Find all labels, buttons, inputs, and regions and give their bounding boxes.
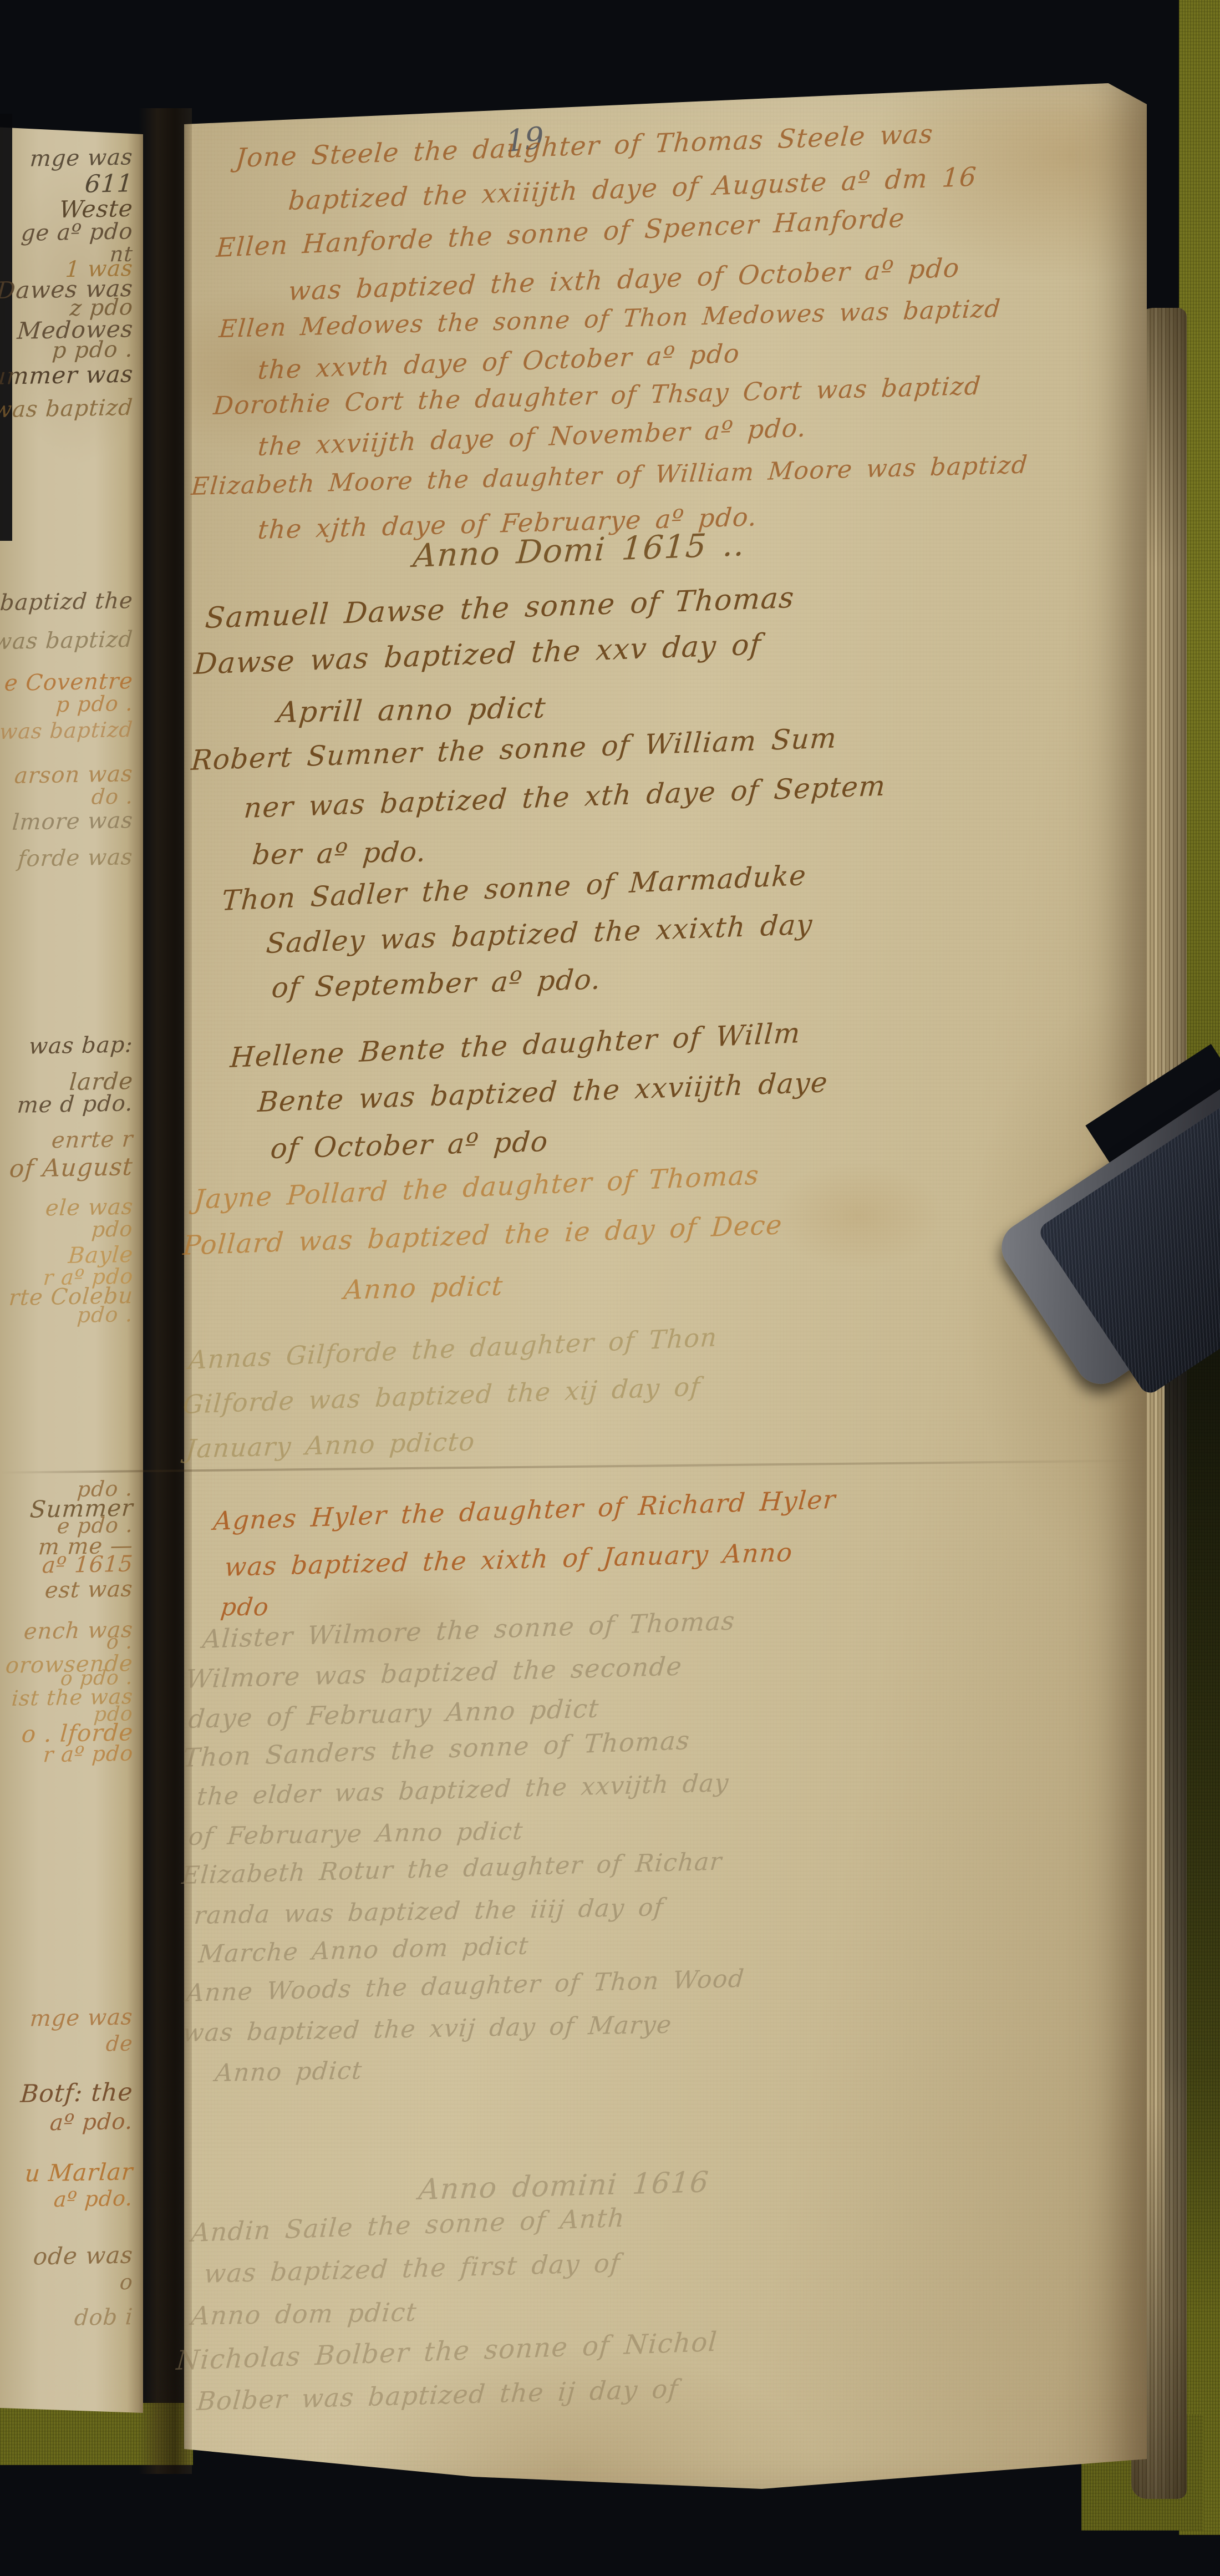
- entry-line: pdo: [219, 1593, 271, 1621]
- entry-line: Andin Saile the sonne of Anth: [190, 2203, 626, 2248]
- entry-line: Anno pdict: [214, 2056, 364, 2087]
- entry-line: randa was baptized the iiij day of: [193, 1893, 665, 1930]
- entry-line: of Februarye Anno pdict: [187, 1817, 525, 1851]
- entry-line: Jone Steele the daughter of Thomas Steel…: [235, 119, 934, 174]
- entry-line: of October aº pdo: [270, 1125, 550, 1165]
- entry-line: Hellene Bente the daughter of Willm: [229, 1017, 802, 1074]
- entry-line: ber aº pdo.: [251, 835, 428, 871]
- entry-line: was baptized the first day of: [203, 2248, 622, 2289]
- entry-line: Bente was baptized the xxviijth daye: [257, 1066, 829, 1118]
- entry-line: Anno dom pdict: [190, 2297, 419, 2331]
- entry-line: was baptized the xixth of January Anno: [223, 1537, 794, 1582]
- entry-line: Bolber was baptized the ij day of: [196, 2374, 680, 2416]
- entry-line: of September aº pdo.: [271, 963, 603, 1004]
- entry-line: Gilforde was baptized the xij day of: [182, 1371, 701, 1419]
- entry-line: Wilmore was baptized the seconde: [185, 1651, 684, 1694]
- entry-line: Dawse was baptized the xxv day of: [193, 628, 762, 681]
- entry-line: Anno domini 1616: [418, 2166, 710, 2207]
- entry-line: Marche Anno dom pdict: [197, 1931, 530, 1969]
- entry-line: Samuell Dawse the sonne of Thomas: [204, 581, 796, 635]
- entry-line: ner was baptized the xth daye of Septem: [243, 769, 887, 824]
- entry-line: Robert Sumner the sonne of William Sum: [190, 722, 838, 777]
- entry-line: Aprill anno pdict: [276, 691, 547, 729]
- entry-line: Agnes Hyler the daughter of Richard Hyle…: [212, 1484, 837, 1536]
- entry-line: was baptized the xvij day of Marye: [182, 2011, 673, 2047]
- entry-line: Sadley was baptized the xxixth day: [265, 908, 814, 960]
- entry-line: Anno pdict: [343, 1270, 505, 1306]
- entry-line: Jayne Pollard the daughter of Thomas: [193, 1159, 760, 1215]
- entry-line: the elder was baptized the xxvijth day: [196, 1769, 730, 1811]
- entry-line: Anne Woods the daughter of Thon Wood: [185, 1965, 746, 2007]
- entry-line: January Anno pdicto: [185, 1426, 476, 1464]
- entry-line: Elizabeth Rotur the daughter of Richar: [181, 1847, 723, 1890]
- parish-register-photograph: 19 mge was611Westege aº pdont1 wasDawes …: [0, 0, 1220, 2576]
- entry-line: the xxviijth daye of November aº pdo.: [257, 412, 807, 462]
- entry-line: Annas Gilforde the daughter of Thon: [187, 1322, 718, 1375]
- entry-line: Alister Wilmore the sonne of Thomas: [201, 1605, 736, 1654]
- entry-line: Pollard was baptized the ie day of Dece: [182, 1209, 784, 1261]
- entry-line: daye of February Anno pdict: [187, 1693, 601, 1735]
- entry-line: the xxvth daye of October aº pdo: [257, 338, 741, 386]
- entry-line: Nicholas Bolber the sonne of Nichol: [175, 2326, 719, 2376]
- entry-line: Thon Sanders the sonne of Thomas: [182, 1725, 691, 1773]
